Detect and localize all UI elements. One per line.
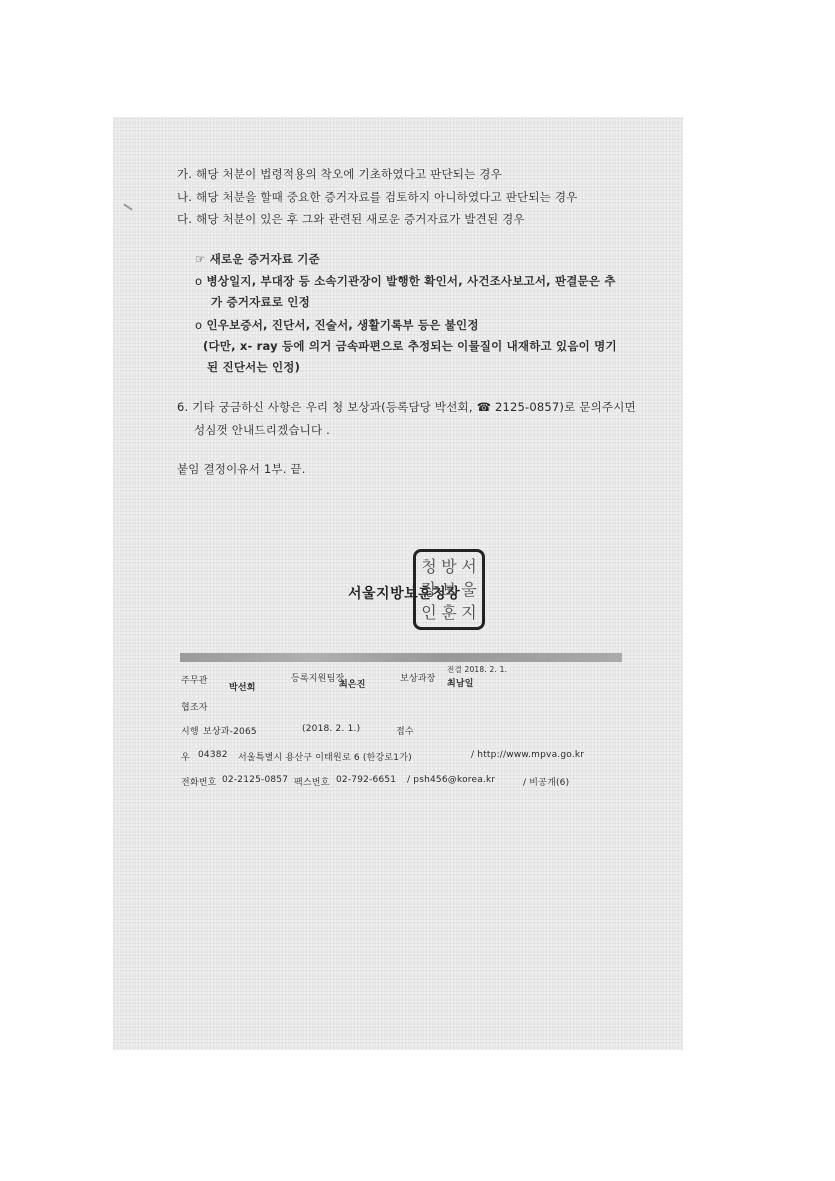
footer-divider bbox=[180, 653, 622, 662]
enforcement-label: 시행 bbox=[181, 724, 199, 737]
pointing-hand-icon: ☞ bbox=[195, 252, 206, 266]
seal-char: 울 bbox=[459, 578, 479, 601]
seal-char: 훈 bbox=[439, 601, 459, 624]
approver-date: 전결 2018. 2. 1. bbox=[447, 664, 507, 675]
seal-char: 장 bbox=[419, 578, 439, 601]
attachment-note: 붙임 결정이유서 1부. 끝. bbox=[177, 461, 306, 477]
seal-char: 방 bbox=[439, 555, 459, 578]
bullet: o bbox=[195, 318, 202, 332]
drafter-title: 주무관 bbox=[181, 673, 208, 686]
email-link[interactable]: / psh456@korea.kr bbox=[407, 775, 495, 785]
item-6-phone: 2125-0857)로 문의주시면 bbox=[491, 400, 636, 414]
receipt-label: 접수 bbox=[396, 724, 414, 737]
approver-title: 보상과장 bbox=[400, 671, 436, 684]
reviewer-title: 등록지원팀장 bbox=[291, 671, 344, 684]
cooperator-label: 협조자 bbox=[181, 700, 208, 713]
evidence-item-1: o 병상일지, 부대장 등 소속기관장이 발행한 확인서, 사건조사보고서, 판… bbox=[195, 273, 616, 289]
street-address: 서울특별시 용산구 이태원로 6 (한강로1가) bbox=[238, 750, 412, 763]
criteria-item-ga: 가. 해당 처분이 법령적용의 착오에 기초하였다고 판단되는 경우 bbox=[177, 166, 502, 182]
evidence-exception: (다만, x- ray 등에 의거 금속파편으로 추정되는 이물질이 내재하고 … bbox=[203, 338, 617, 354]
website-link[interactable]: / http://www.mpva.go.kr bbox=[471, 750, 584, 760]
evidence-heading: 새로운 증거자료 기준 bbox=[210, 252, 320, 266]
item-6-continued: 성심껏 안내드리겠습니다 . bbox=[194, 422, 330, 438]
phone-icon: ☎ bbox=[477, 400, 492, 414]
evidence-item-2-text: 인우보증서, 진단서, 진술서, 생활기록부 등은 불인정 bbox=[206, 318, 478, 332]
seal-char: 서 bbox=[459, 555, 479, 578]
criteria-item-da: 다. 해당 처분이 있은 후 그와 관련된 새로운 증거자료가 발견된 경우 bbox=[177, 211, 525, 227]
evidence-item-1-continued: 가 증거자료로 인정 bbox=[211, 294, 310, 310]
postal-label: 우 bbox=[181, 750, 190, 763]
criteria-item-na: 나. 해당 처분을 할때 중요한 증거자료를 검토하지 아니하였다고 판단되는 … bbox=[177, 189, 577, 205]
fax-label: 팩스번호 bbox=[294, 775, 330, 788]
enforcement-date: (2018. 2. 1.) bbox=[302, 724, 360, 734]
drafter-name: 박선회 bbox=[229, 680, 256, 693]
official-seal: 청 방 서 장 보 울 인 훈 지 bbox=[413, 549, 485, 630]
reviewer-name: 최은진 bbox=[339, 677, 366, 690]
item-6: 6. 기타 궁금하신 사항은 우리 청 보상과(등록담당 박선회, ☎ 2125… bbox=[177, 399, 636, 415]
seal-char: 청 bbox=[419, 555, 439, 578]
fax-number: 02-792-6651 bbox=[336, 775, 396, 785]
postal-code: 04382 bbox=[198, 750, 228, 760]
approver-name: 최남일 bbox=[447, 676, 474, 689]
bullet: o bbox=[195, 274, 202, 288]
seal-char: 인 bbox=[419, 601, 439, 624]
evidence-item-1-text: 병상일지, 부대장 등 소속기관장이 발행한 확인서, 사건조사보고서, 판결문… bbox=[206, 274, 615, 288]
evidence-heading-row: ☞ 새로운 증거자료 기준 bbox=[195, 251, 320, 267]
phone-number: 02-2125-0857 bbox=[222, 775, 288, 785]
seal-char: 보 bbox=[439, 578, 459, 601]
item-6-text: 6. 기타 궁금하신 사항은 우리 청 보상과(등록담당 박선회, bbox=[177, 400, 477, 414]
phone-label: 전화번호 bbox=[181, 775, 217, 788]
evidence-exception-continued: 된 진단서는 인정) bbox=[207, 359, 300, 375]
seal-char: 지 bbox=[459, 601, 479, 624]
disclosure-status: / 비공개(6) bbox=[523, 775, 569, 788]
document-number: 보상과-2065 bbox=[203, 724, 257, 737]
evidence-item-2: o 인우보증서, 진단서, 진술서, 생활기록부 등은 불인정 bbox=[195, 317, 479, 333]
